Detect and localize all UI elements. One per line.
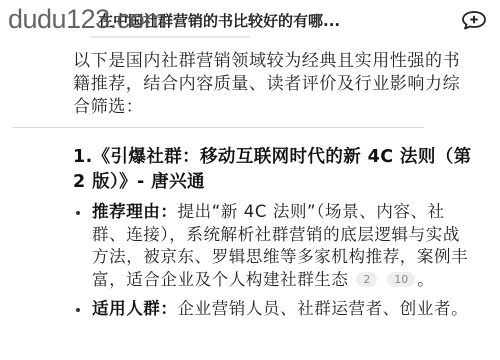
bullet-icon [76,211,80,215]
citation-badge[interactable]: 10 [387,272,415,287]
bullet-icon [76,308,80,312]
audience-label: 适用人群： [92,299,178,318]
citation-badge[interactable]: 2 [356,272,377,287]
book-title: 1.《引爆社群：移动互联网时代的新 4C 法则（第 2 版）》- 唐兴通 [73,145,473,195]
section-divider [12,127,424,128]
chat-header: dudu123.com 在中国社群营销的书比较好的有哪... [0,0,500,40]
watermark: dudu123.com [8,4,166,35]
reason-end: 。 [417,270,434,289]
new-chat-button[interactable] [461,10,487,30]
answer-intro-block: 以下是国内社群营销领域较为经典且实用性强的书籍推荐，结合内容质量、读者评价及行业… [73,50,473,119]
audience-text: 企业营销人员、社群运营者、创业者。 [178,299,469,318]
list-item-audience: 适用人群：企业营销人员、社群运营者、创业者。 [73,298,473,321]
book-details-list: 推荐理由：提出“新 4C 法则”（场景、内容、社群、连接），系统解析社群营销的底… [73,201,473,328]
list-item-reason: 推荐理由：提出“新 4C 法则”（场景、内容、社群、连接），系统解析社群营销的底… [73,201,473,291]
header-underline [90,36,250,38]
chat-plus-icon [461,10,487,30]
intro-paragraph: 以下是国内社群营销领域较为经典且实用性强的书籍推荐，结合内容质量、读者评价及行业… [73,50,473,119]
reason-label: 推荐理由： [92,202,178,221]
